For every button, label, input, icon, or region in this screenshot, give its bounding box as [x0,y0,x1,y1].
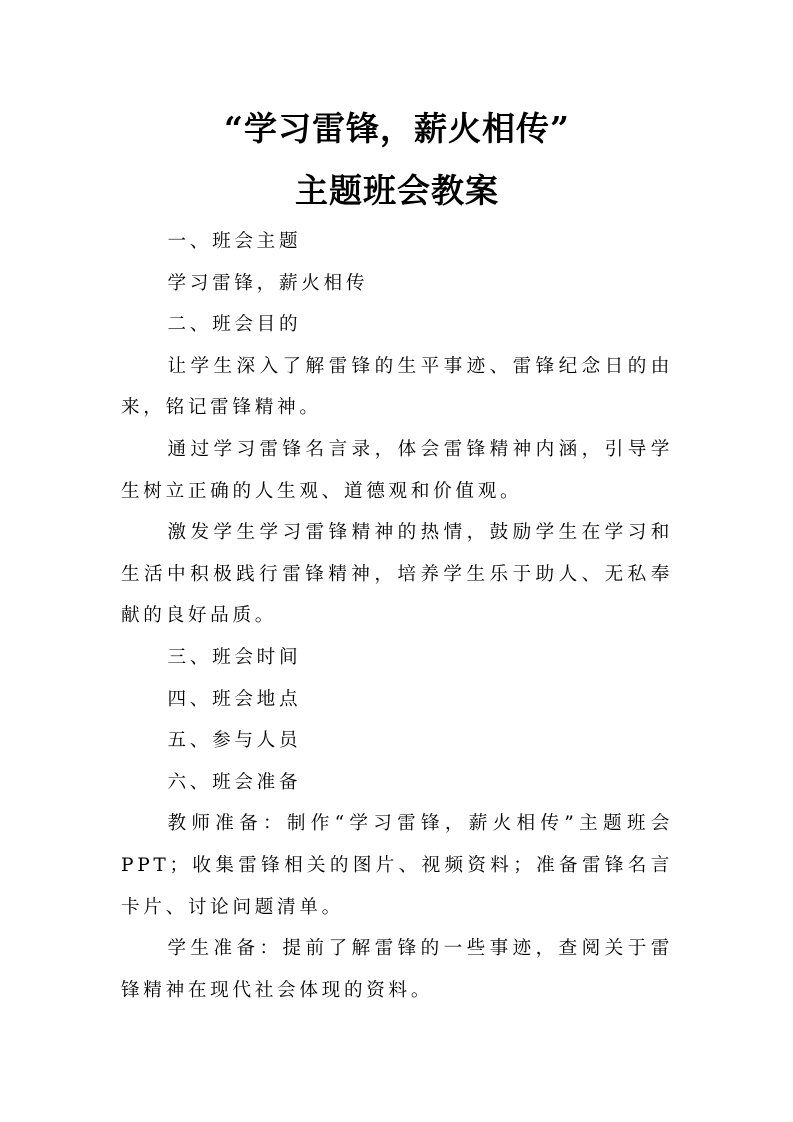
paragraph-teacher-preparation: 教师准备：制作“学习雷锋，薪火相传”主题班会 PPT；收集雷锋相关的图片、视频资… [121,803,673,928]
paragraph-theme-content: 学习雷锋，薪火相传 [121,263,673,305]
section-heading-preparation: 六、班会准备 [121,762,673,804]
section-heading-theme: 一、班会主题 [121,221,673,263]
paragraph-purpose-1: 让学生深入了解雷锋的生平事迹、雷锋纪念日的由来，铭记雷锋精神。 [121,346,673,429]
document-title-line-2: 主题班会教案 [121,169,673,213]
paragraph-purpose-2: 通过学习雷锋名言录，体会雷锋精神内涵，引导学生树立正确的人生观、道德观和价值观。 [121,429,673,512]
section-heading-participants: 五、参与人员 [121,720,673,762]
paragraph-student-preparation: 学生准备：提前了解雷锋的一些事迹，查阅关于雷锋精神在现代社会体现的资料。 [121,928,673,1011]
section-heading-time: 三、班会时间 [121,637,673,679]
document-title-line-1: “学习雷锋，薪火相传” [121,107,673,151]
document-body: 一、班会主题 学习雷锋，薪火相传 二、班会目的 让学生深入了解雷锋的生平事迹、雷… [121,221,673,1011]
section-heading-purpose: 二、班会目的 [121,304,673,346]
section-heading-location: 四、班会地点 [121,679,673,721]
paragraph-purpose-3: 激发学生学习雷锋精神的热情，鼓励学生在学习和生活中积极践行雷锋精神，培养学生乐于… [121,512,673,637]
